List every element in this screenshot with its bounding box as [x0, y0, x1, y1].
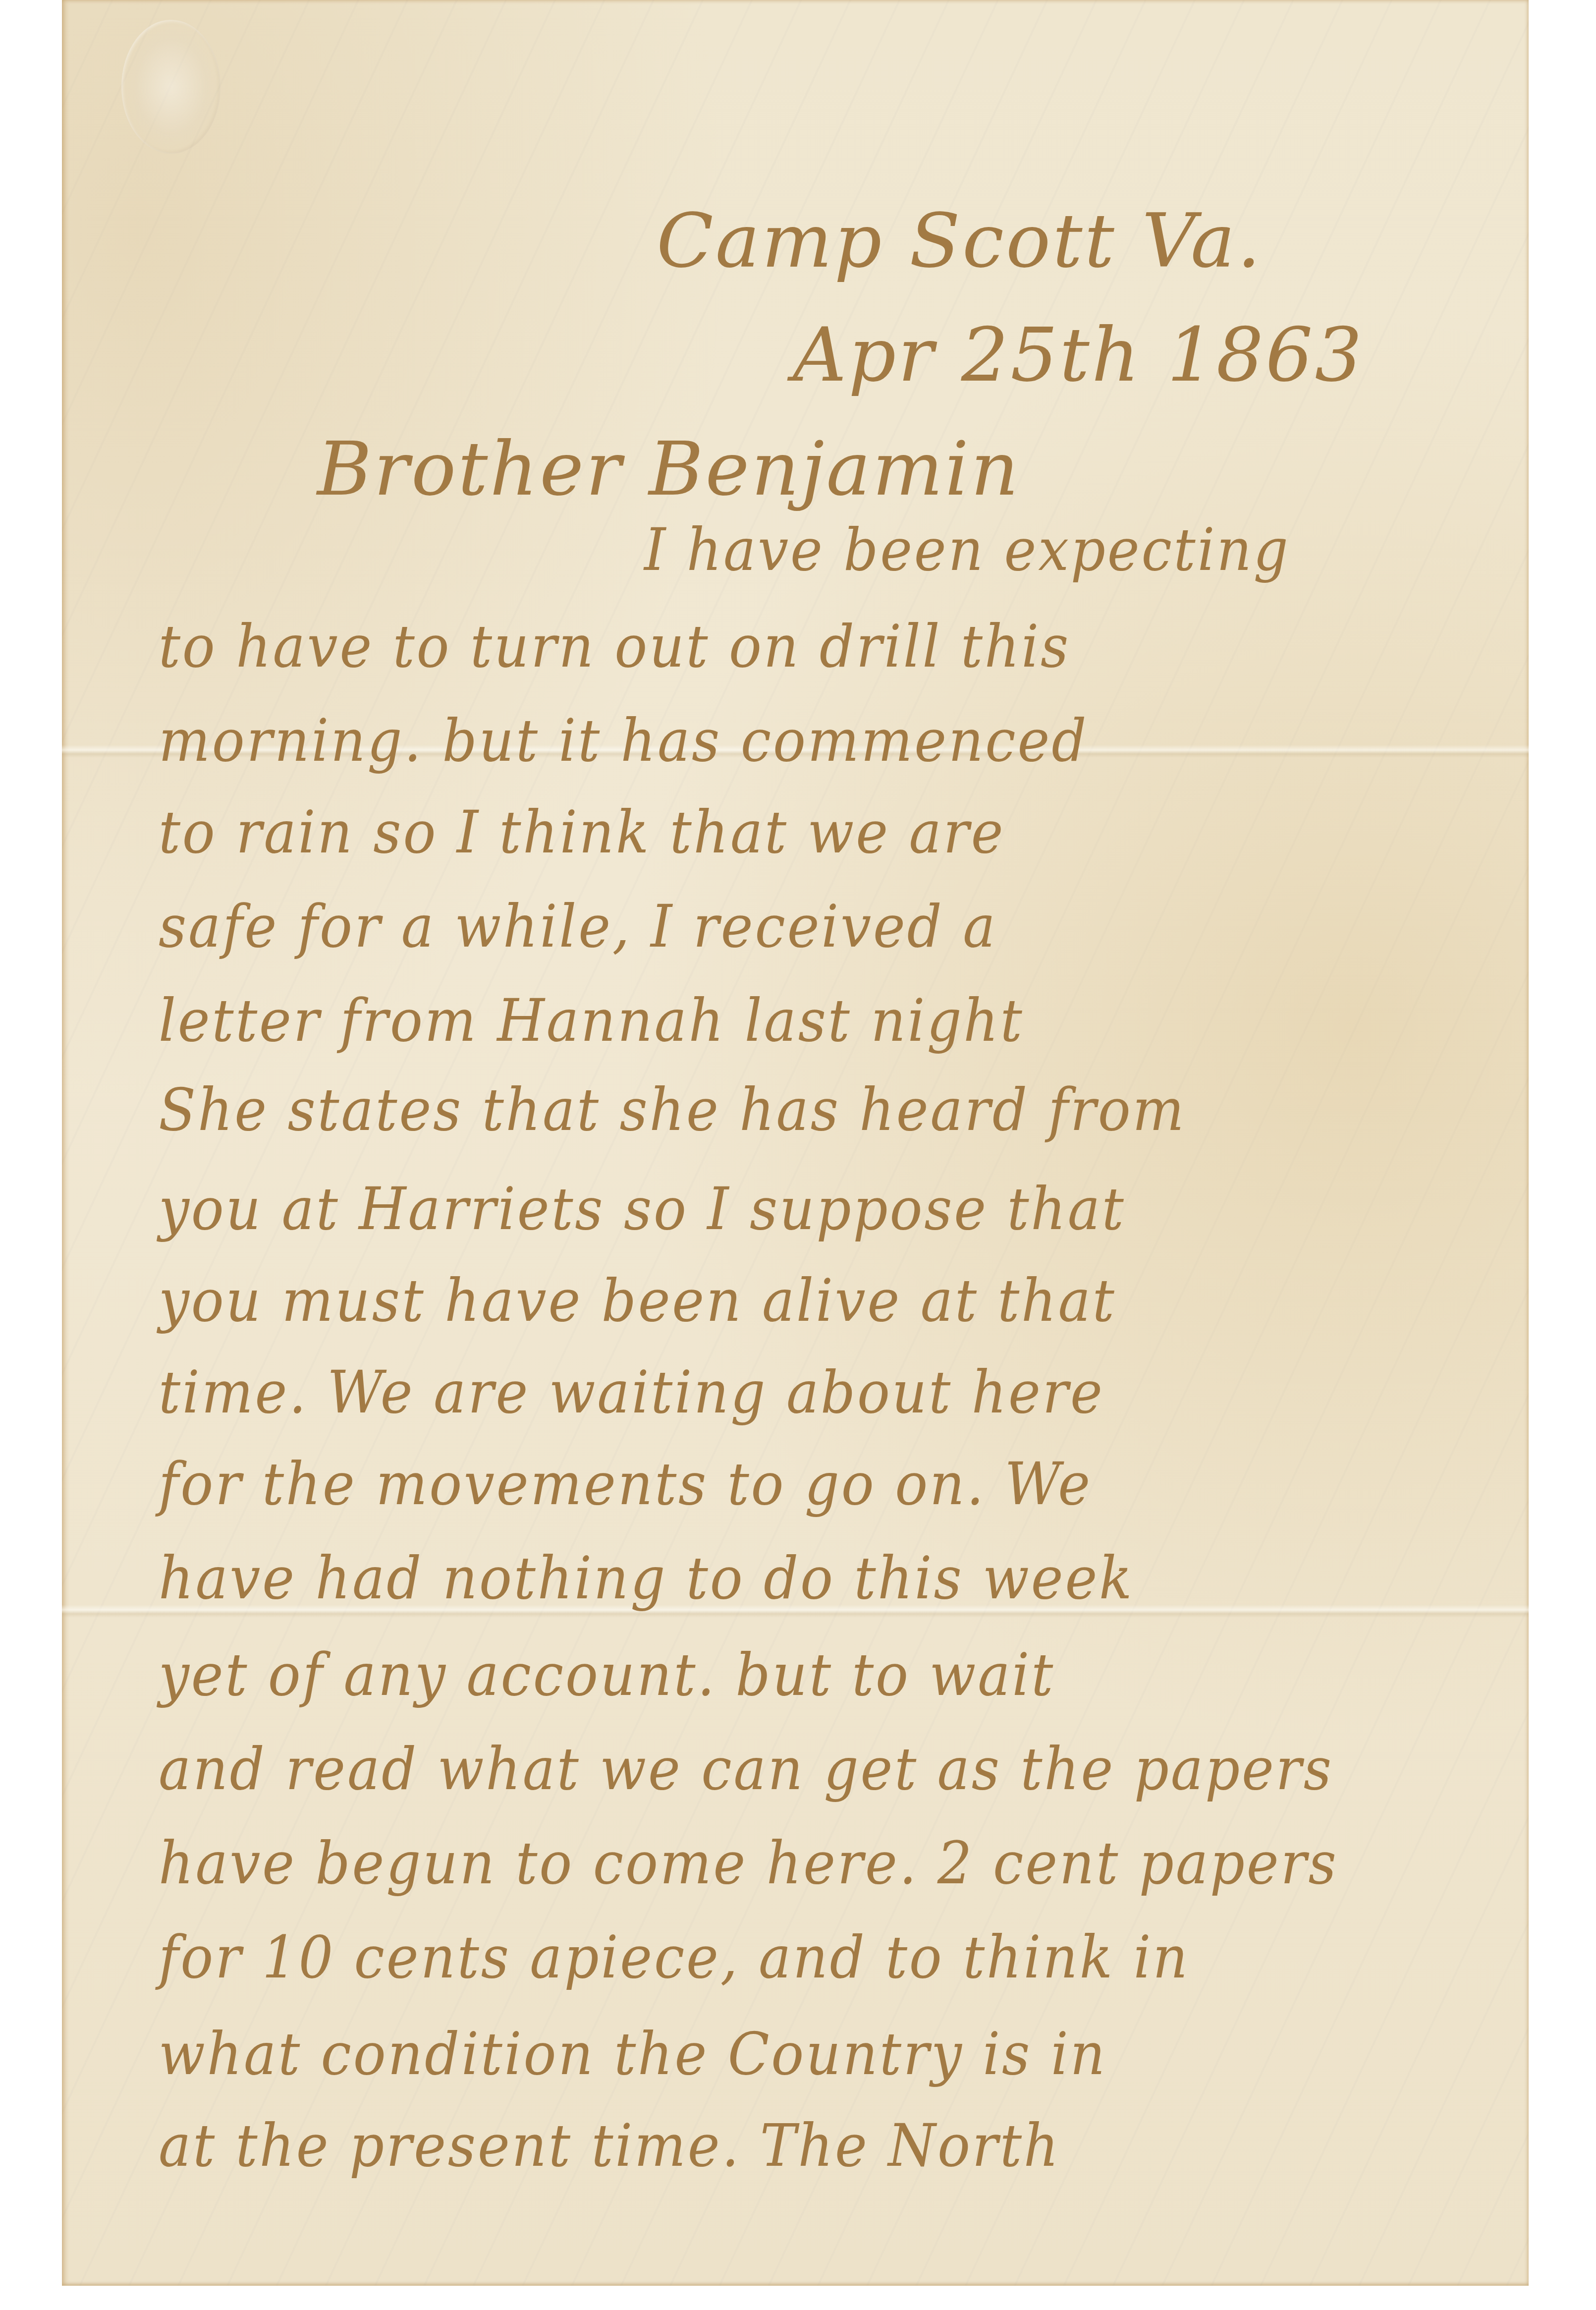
- letter-salutation: Brother Benjamin: [317, 426, 1021, 512]
- letter-heading-date: Apr 25th 1863: [793, 312, 1364, 398]
- letter-heading-place: Camp Scott Va.: [657, 198, 1263, 284]
- embossed-stationery-seal: [121, 20, 220, 154]
- body-line: and read what we can get as the papers: [159, 1735, 1333, 1803]
- body-line: to rain so I think that we are: [159, 798, 1005, 866]
- body-line: I have been expecting: [644, 515, 1290, 584]
- body-line: what condition the Country is in: [159, 2020, 1107, 2088]
- body-line: you at Harriets so I suppose that: [159, 1175, 1126, 1243]
- body-line: letter from Hannah last night: [159, 986, 1024, 1055]
- body-line: at the present time. The North: [159, 2111, 1060, 2180]
- body-line: for 10 cents apiece, and to think in: [159, 1923, 1190, 1991]
- body-line: you must have been alive at that: [159, 1266, 1116, 1335]
- body-line: have had nothing to do this week: [159, 1544, 1134, 1612]
- body-line: safe for a while, I received a: [159, 892, 997, 960]
- body-line: yet of any account. but to wait: [159, 1640, 1055, 1709]
- body-line: She states that she has heard from: [159, 1075, 1186, 1144]
- body-line: have begun to come here. 2 cent papers: [159, 1829, 1338, 1897]
- body-line: time. We are waiting about here: [159, 1358, 1104, 1426]
- body-line: for the movements to go on. We: [159, 1450, 1092, 1518]
- body-line: morning. but it has commenced: [159, 706, 1088, 775]
- body-line: to have to turn out on drill this: [159, 612, 1070, 680]
